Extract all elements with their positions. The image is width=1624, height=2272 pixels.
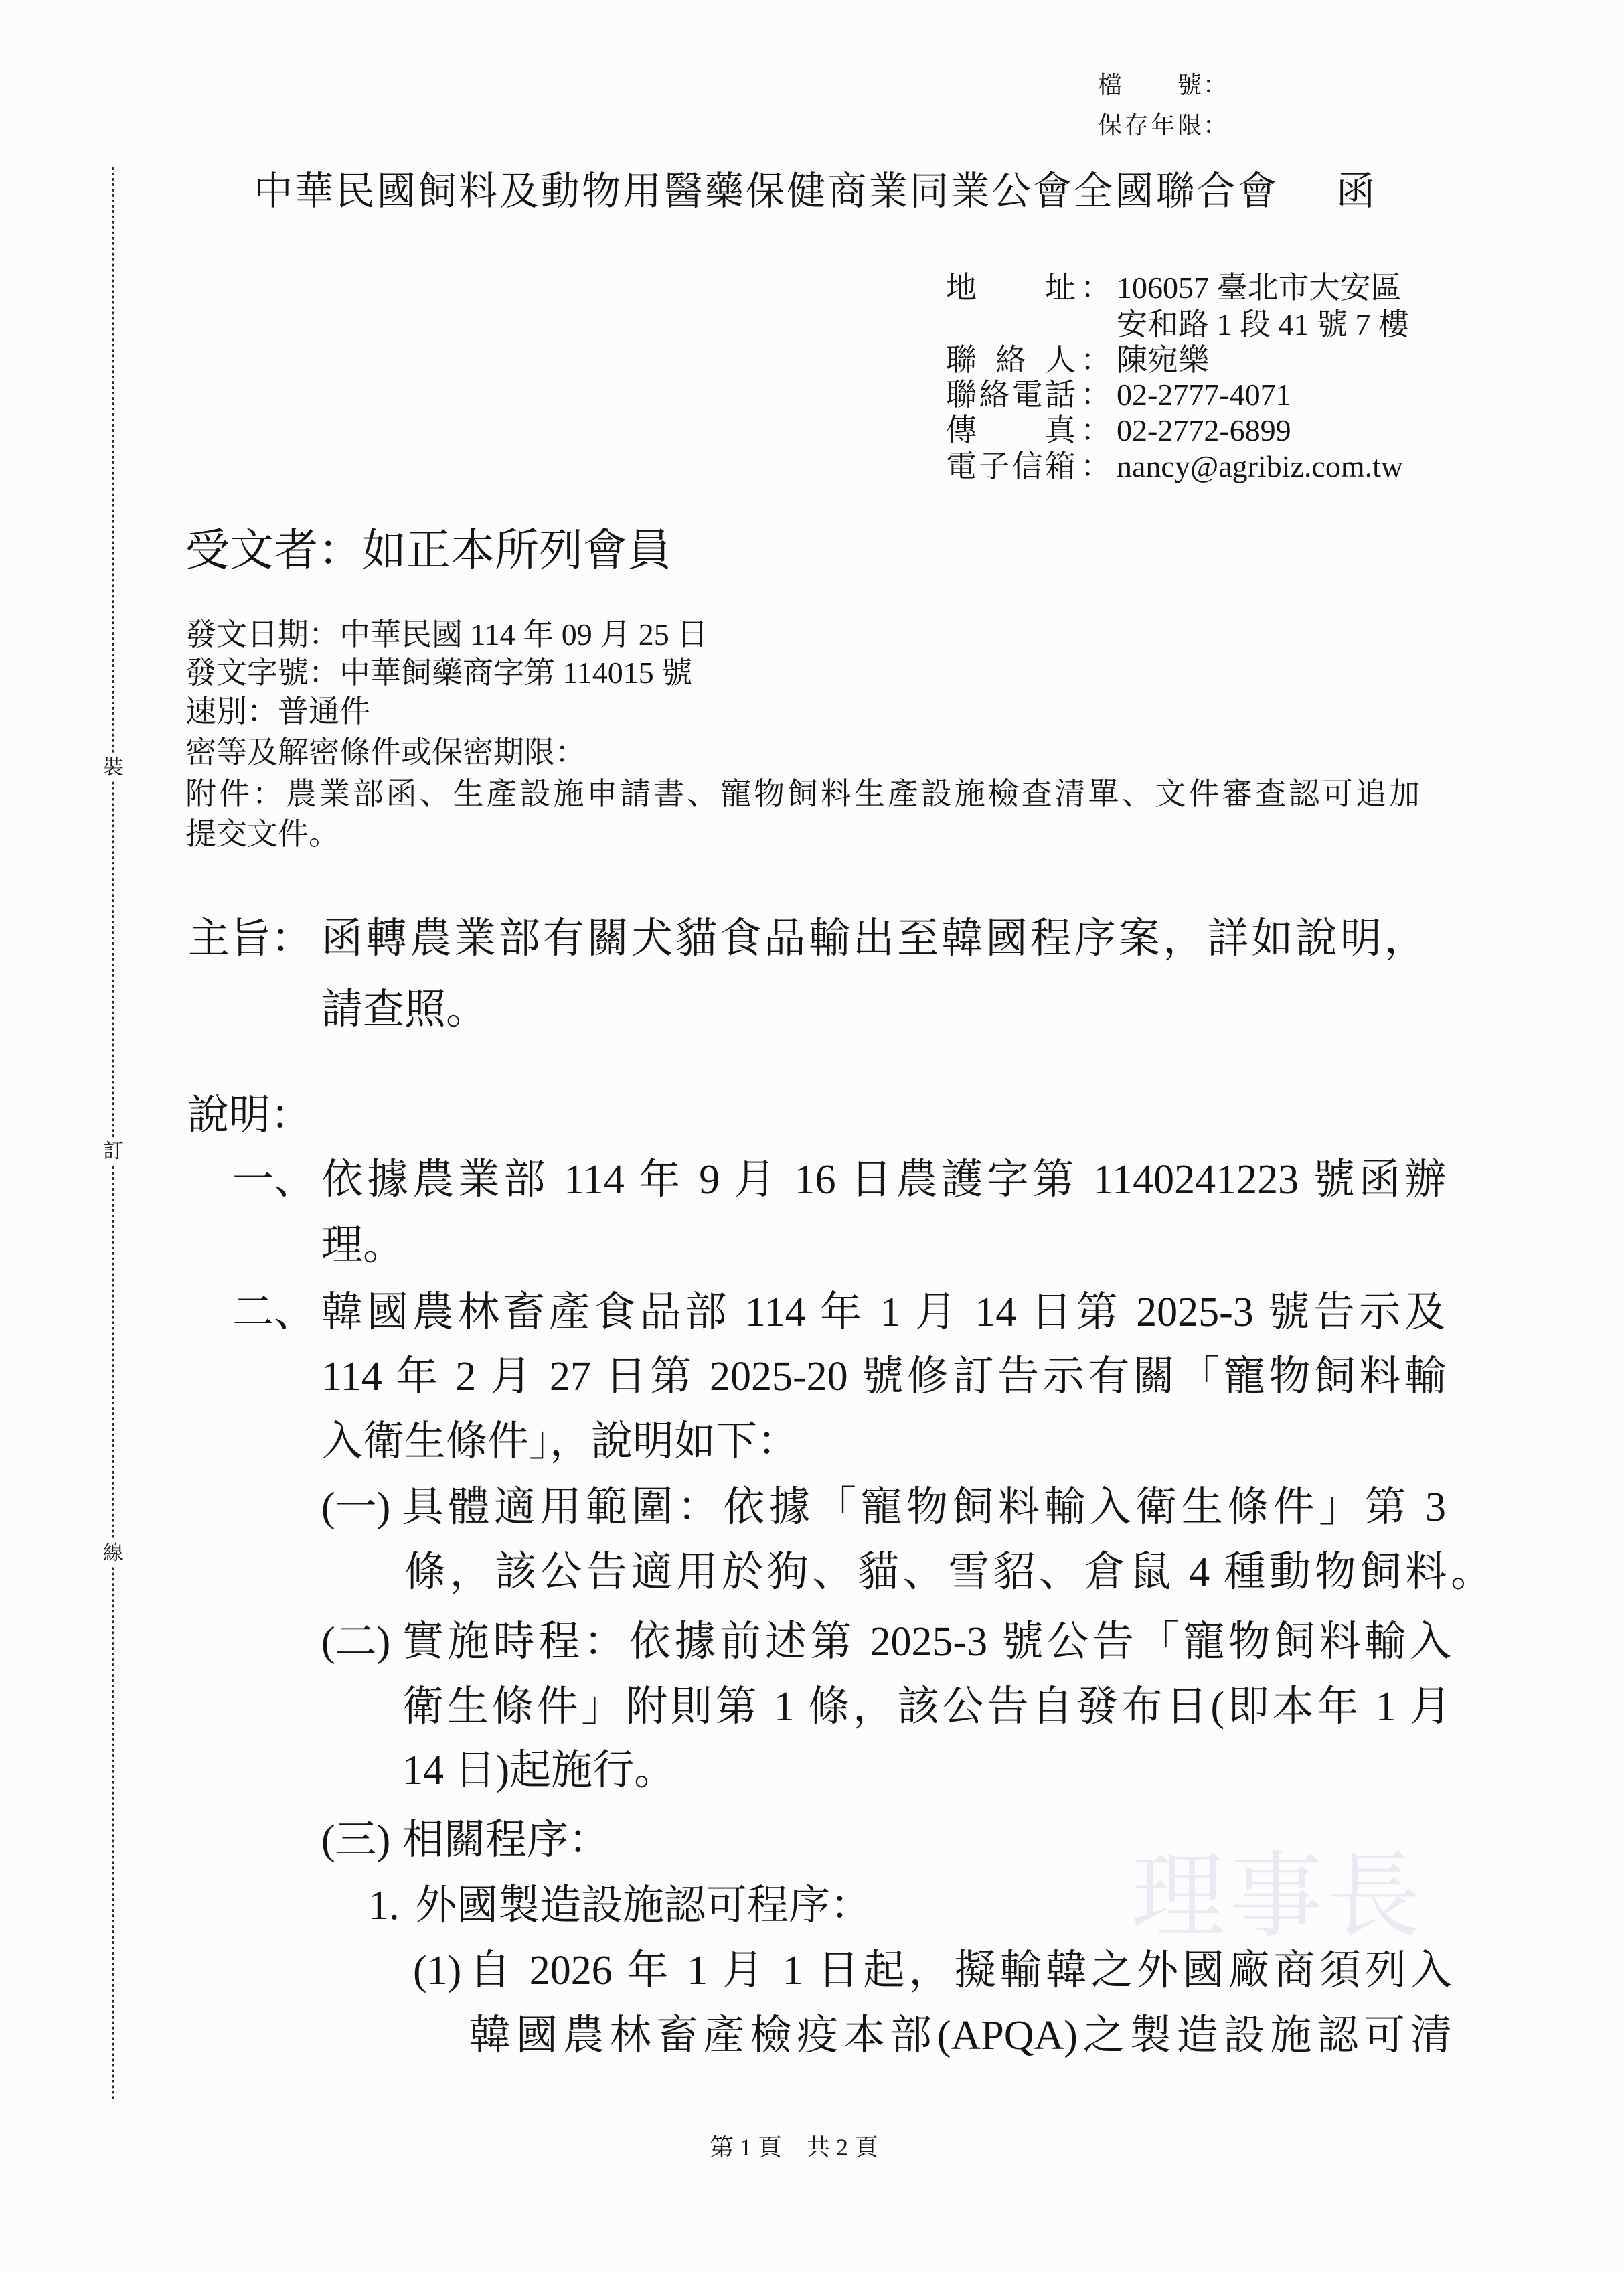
fax-label: 傳真 — [946, 412, 1076, 449]
contact-person-value: 陳宛樂 — [1117, 342, 1209, 378]
email-label: 電子信箱 — [946, 449, 1076, 485]
attachments: 附件：農業部函、生產設施申請書、寵物飼料生產設施檢查清單、文件審查認可追加 — [185, 774, 1420, 814]
issue-number-label: 發文字號： — [185, 656, 339, 690]
substep-line: 自 2026 年 1 月 1 日起，擬輸韓之外國廠商須列入 — [469, 1944, 1452, 1997]
email-colon: ： — [1080, 449, 1111, 485]
subitem-marker: (一) — [321, 1481, 390, 1534]
attachments-value: 農業部函、生產設施申請書、寵物飼料生產設施檢查清單、文件審查認可追加 — [286, 777, 1420, 811]
item-marker: 二、 — [232, 1286, 315, 1339]
retention-label: 保存年限 — [1098, 110, 1202, 141]
subitem-line: 衛生條件」附則第 1 條，該公告自發布日(即本年 1 月 — [402, 1680, 1451, 1734]
issue-date-label: 發文日期： — [185, 617, 339, 652]
issue-number: 發文字號：中華飼藥商字第 114015 號 — [185, 653, 692, 693]
speed-class-label: 速別： — [185, 694, 278, 729]
file-number-label: 檔號 — [1098, 70, 1202, 100]
email-value: nancy@agribiz.com.tw — [1117, 449, 1403, 485]
recipient-value: 如正本所列會員 — [362, 526, 671, 575]
speed-class: 速別：普通件 — [185, 692, 370, 732]
binding-mark-zhuang: 裝 — [100, 755, 127, 781]
issue-date: 發文日期：中華民國 114 年 09 月 25 日 — [185, 615, 708, 655]
attachments-continued: 提交文件。 — [185, 814, 339, 854]
subject-label: 主旨： — [188, 912, 313, 966]
document-type: 函 — [1336, 165, 1375, 218]
subitem-line: 實施時程：依據前述第 2025-3 號公告「寵物飼料輸入 — [402, 1615, 1451, 1669]
address-label: 地址 — [946, 270, 1076, 306]
subject-line: 請查照。 — [321, 983, 487, 1037]
subitem-line: 條，該公告適用於狗、貓、雪貂、倉鼠 4 種動物飼料。 — [404, 1545, 1492, 1599]
item-line: 韓國農林畜產食品部 114 年 1 月 14 日第 2025-3 號告示及 — [321, 1286, 1446, 1339]
address-value-line1: 106057 臺北市大安區 — [1117, 270, 1402, 306]
step-marker: 1. — [368, 1879, 400, 1933]
confidentiality: 密等及解密條件或保密期限： — [185, 733, 586, 773]
issue-number-value: 中華飼藥商字第 114015 號 — [339, 656, 692, 690]
fax-colon: ： — [1080, 412, 1111, 449]
recipient: 受文者：如正本所列會員 — [185, 521, 671, 581]
phone-label: 聯絡電話 — [946, 377, 1076, 413]
fax-value: 02-2772-6899 — [1117, 412, 1291, 449]
binding-mark-ding: 訂 — [100, 1138, 127, 1165]
page-number: 第 1 頁 共 2 頁 — [710, 2133, 928, 2162]
item-marker: 一、 — [232, 1153, 315, 1207]
contact-person-label: 聯絡人 — [946, 342, 1076, 378]
subitem-line: 相關程序： — [402, 1813, 610, 1867]
organization-name: 中華民國飼料及動物用醫藥保健商業同業公會全國聯合會 — [254, 165, 1277, 218]
subitem-line: 14 日)起施行。 — [402, 1744, 675, 1797]
substep-marker: (1) — [413, 1944, 461, 1997]
subitem-marker: (二) — [321, 1615, 390, 1669]
item-line: 依據農業部 114 年 9 月 16 日農護字第 1140241223 號函辦 — [321, 1153, 1446, 1207]
issue-date-value: 中華民國 114 年 09 月 25 日 — [339, 617, 708, 652]
subitem-marker: (三) — [321, 1813, 390, 1867]
confidentiality-label: 密等及解密條件或保密期限： — [185, 735, 586, 769]
subitem-line: 具體適用範圍：依據「寵物飼料輸入衛生條件」第 3 — [402, 1481, 1446, 1534]
contact-person-colon: ： — [1080, 342, 1111, 378]
binding-mark-xian: 線 — [100, 1540, 127, 1567]
subject-line: 函轉農業部有關犬貓食品輸出至韓國程序案，詳如說明， — [321, 912, 1426, 966]
phone-value: 02-2777-4071 — [1117, 377, 1291, 413]
address-value-line2: 安和路 1 段 41 號 7 樓 — [1117, 307, 1409, 343]
speed-class-value: 普通件 — [278, 694, 370, 729]
phone-colon: ： — [1080, 377, 1111, 413]
binding-dotted-line — [112, 167, 114, 2101]
retention-colon: ： — [1203, 110, 1227, 141]
attachments-label: 附件： — [185, 777, 286, 811]
address-colon: ： — [1080, 270, 1111, 306]
substep-line: 韓國農林畜產檢疫本部(APQA)之製造設施認可清 — [469, 2009, 1452, 2062]
file-number-colon: ： — [1203, 70, 1227, 100]
item-line: 理。 — [321, 1219, 404, 1272]
show-through-stamp: 理事長 — [1131, 1821, 1425, 1956]
explanation-label: 說明： — [187, 1089, 312, 1142]
item-line: 入衛生條件」，說明如下： — [321, 1415, 799, 1468]
item-line: 114 年 2 月 27 日第 2025-20 號修訂告示有關「寵物飼料輸 — [321, 1350, 1446, 1404]
step-line: 外國製造設施認可程序： — [415, 1879, 872, 1933]
recipient-label: 受文者： — [185, 526, 362, 575]
